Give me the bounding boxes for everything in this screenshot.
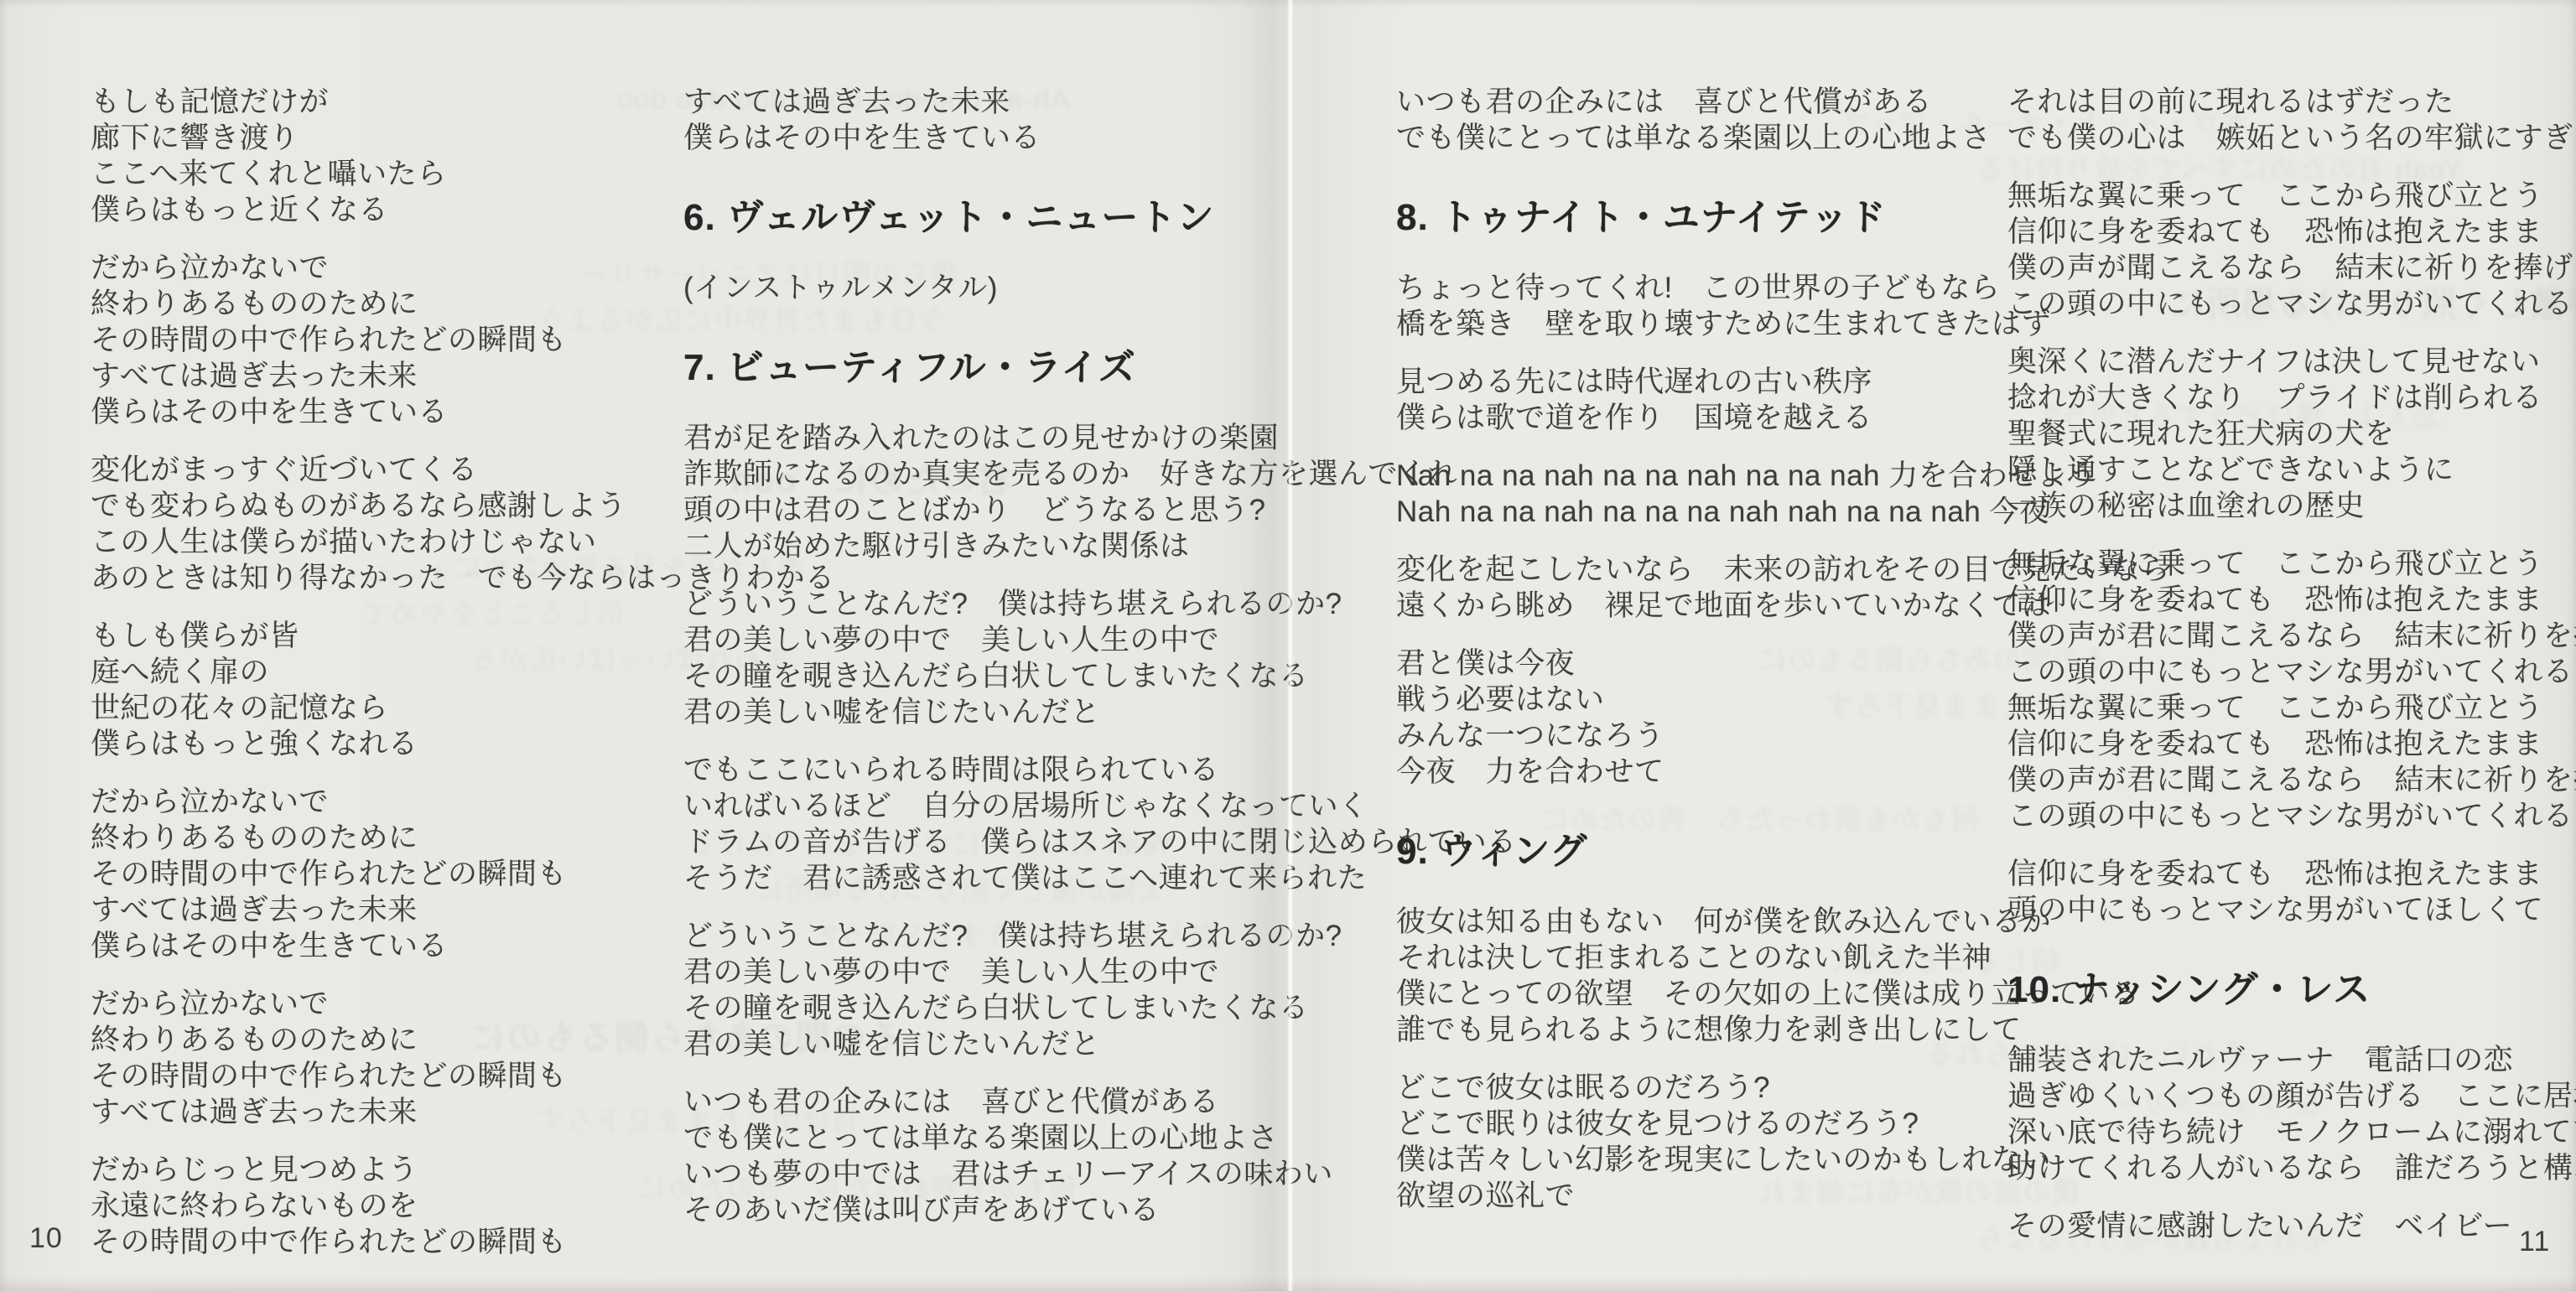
- stanza: 奥深くに潜んだナイフは決して見せない捻れが大きくなり プライドは削られる聖餐式に…: [2007, 344, 2564, 524]
- lyric-line: その時間の中で作られたどの瞬間も: [91, 322, 634, 358]
- booklet-spread: Ah-ah doo-doo doop doo-doo doo僕らの明日はアニバー…: [0, 0, 2576, 1291]
- lyric-line: 世紀の花々の記憶なら: [91, 690, 634, 726]
- stanza: 無垢な翼に乗って ここから飛び立とう信仰に身を委ねても 恐怖は抱えたまま僕の声が…: [2007, 178, 2564, 322]
- stanza: すべては過ぎ去った未来僕らはその中を生きている: [683, 84, 1262, 156]
- lyric-line: 捻れが大きくなり プライドは削られる: [2007, 380, 2564, 416]
- lyric-line: Nah na na nah na na nah na na nah 力を合わせよ…: [1396, 458, 1975, 494]
- lyric-line: それは決して拒まれることのない飢えた半神: [1396, 940, 1975, 976]
- lyric-line: みんな一つになろう: [1396, 718, 1975, 754]
- lyric-line: 信仰に身を委ねても 恐怖は抱えたまま: [2007, 582, 2564, 618]
- lyric-line: だからじっと見つめよう: [91, 1152, 634, 1188]
- page-number-right: 11: [2519, 1226, 2550, 1258]
- lyric-line: でも僕の心は 嫉妬という名の牢獄にすぎない: [2007, 120, 2564, 156]
- lyric-line: 変化を起こしたいなら 未来の訪れをその目で見たいなら: [1396, 552, 1975, 588]
- lyric-line: 戦う必要はない: [1396, 682, 1975, 718]
- lyric-line: 舗装されたニルヴァーナ 電話口の恋: [2007, 1042, 2564, 1078]
- lyric-line: 見つめる先には時代遅れの古い秩序: [1396, 364, 1975, 400]
- lyric-line: 聖餐式に現れた狂犬病の犬を: [2007, 416, 2564, 452]
- lyric-line: その時間の中で作られたどの瞬間も: [91, 1058, 634, 1094]
- lyric-line: いればいるほど 自分の居場所じゃなくなっていく: [683, 788, 1262, 824]
- lyric-line: 変化がまっすぐ近づいてくる: [91, 452, 634, 488]
- lyric-line: ドラムの音が告げる 僕らはスネアの中に閉じ込められている: [683, 824, 1262, 860]
- lyric-line: 君が足を踏み入れたのはこの見せかけの楽園: [683, 420, 1262, 456]
- stanza: 信仰に身を委ねても 恐怖は抱えたまま頭の中にもっとマシな男がいてほしくて: [2007, 856, 2564, 928]
- lyric-line: 君の美しい嘘を信じたいんだと: [683, 694, 1262, 730]
- lyrics-column-4: それは目の前に現れるはずだったでも僕の心は 嫉妬という名の牢獄にすぎない無垢な翼…: [2007, 84, 2564, 1266]
- stanza: だから泣かないで終わりあるもののためにその時間の中で作られたどの瞬間もすべては過…: [91, 986, 634, 1130]
- stanza: 君と僕は今夜戦う必要はないみんな一つになろう今夜 力を合わせて: [1396, 645, 1975, 790]
- lyric-line: 隠し通すことなどできないように: [2007, 452, 2564, 488]
- lyric-line: 二人が始めた駆け引きみたいな関係は: [683, 528, 1262, 564]
- stanza: 舗装されたニルヴァーナ 電話口の恋過ぎゆくいくつもの顔が告げる ここに居場所はな…: [2007, 1042, 2564, 1186]
- lyrics-column-2: すべては過ぎ去った未来僕らはその中を生きている6. ヴェルヴェット・ニュートン(…: [683, 84, 1262, 1250]
- lyric-line: その瞳を覗き込んだら白状してしまいたくなる: [683, 990, 1262, 1026]
- stanza: いつも君の企みには 喜びと代償があるでも僕にとっては単なる楽園以上の心地よさいつ…: [683, 1084, 1262, 1228]
- lyric-line: 無垢な翼に乗って ここから飛び立とう: [2007, 546, 2564, 582]
- lyric-line: そうだ 君に誘惑されて僕はここへ連れて来られた: [683, 860, 1262, 896]
- lyric-line: 一族の秘密は血塗れの歴史: [2007, 488, 2564, 524]
- lyric-line: 助けてくれる人がいるなら 誰だろうと構わない: [2007, 1150, 2564, 1186]
- lyric-line: 詐欺師になるのか真実を売るのか 好きな方を選んでくれ: [683, 456, 1262, 492]
- lyric-line: この人生は僕らが描いたわけじゃない: [91, 524, 634, 560]
- lyric-line: でも僕にとっては単なる楽園以上の心地よさ: [1396, 120, 1975, 156]
- lyrics-column-3: いつも君の企みには 喜びと代償があるでも僕にとっては単なる楽園以上の心地よさ8.…: [1396, 84, 1975, 1236]
- lyric-line: だから泣かないで: [91, 250, 634, 286]
- lyric-line: 誰でも見られるように想像力を剥き出しにして: [1396, 1012, 1975, 1048]
- lyric-line: 過ぎゆくいくつもの顔が告げる ここに居場所はないと: [2007, 1078, 2564, 1114]
- stanza: 変化がまっすぐ近づいてくるでも変わらぬものがあるなら感謝しようこの人生は僕らが描…: [91, 452, 634, 596]
- lyric-line: すべては過ぎ去った未来: [683, 84, 1262, 120]
- lyric-line: 深い底で待ち続け モノクロームに溺れている: [2007, 1114, 2564, 1150]
- lyric-line: 今夜 力を合わせて: [1396, 754, 1975, 790]
- lyric-line: 君の美しい夢の中で 美しい人生の中で: [683, 954, 1262, 990]
- lyric-line: 廊下に響き渡り: [91, 120, 634, 156]
- lyric-line: 君の美しい夢の中で 美しい人生の中で: [683, 622, 1262, 658]
- stanza: ちょっと待ってくれ! この世界の子どもなら橋を築き 壁を取り壊すために生まれてき…: [1396, 270, 1975, 342]
- lyric-line: 信仰に身を委ねても 恐怖は抱えたまま: [2007, 726, 2564, 762]
- lyric-line: 僕らはその中を生きている: [91, 394, 634, 430]
- lyric-line: 欲望の巡礼で: [1396, 1178, 1975, 1214]
- lyric-line: 終わりあるもののために: [91, 820, 634, 856]
- track-title: 10. ナッシング・レス: [2007, 967, 2564, 1014]
- lyric-line: 僕らは歌で道を作り 国境を越える: [1396, 400, 1975, 436]
- lyric-line: 信仰に身を委ねても 恐怖は抱えたまま: [2007, 856, 2564, 892]
- lyric-line: いつも夢の中では 君はチェリーアイスの味わい: [683, 1156, 1262, 1192]
- stanza: 変化を起こしたいなら 未来の訪れをその目で見たいなら遠くから眺め 裸足で地面を歩…: [1396, 552, 1975, 624]
- lyric-line: その時間の中で作られたどの瞬間も: [91, 1224, 634, 1260]
- lyric-line: でも変わらぬものがあるなら感謝しよう: [91, 488, 634, 524]
- stanza: その愛情に感謝したいんだ ベイビー: [2007, 1208, 2564, 1244]
- lyric-line: 頭の中は君のことばかり どうなると思う?: [683, 492, 1262, 528]
- stanza: だから泣かないで終わりあるもののためにその時間の中で作られたどの瞬間もすべては過…: [91, 250, 634, 430]
- lyric-line: どういうことなんだ? 僕は持ち堪えられるのか?: [683, 586, 1262, 622]
- lyric-line: 遠くから眺め 裸足で地面を歩いていかなくては: [1396, 588, 1975, 624]
- lyric-line: 僕は苦々しい幻影を現実にしたいのかもしれない: [1396, 1142, 1975, 1178]
- stanza: もしも僕らが皆庭へ続く扉の世紀の花々の記憶なら僕らはもっと強くなれる: [91, 618, 634, 762]
- lyric-line: 僕の声が君に聞こえるなら 結末に祈りを捧げるよ: [2007, 618, 2564, 654]
- lyric-line: 無垢な翼に乗って ここから飛び立とう: [2007, 690, 2564, 726]
- lyric-line: それは目の前に現れるはずだった: [2007, 84, 2564, 120]
- stanza: (インストゥルメンタル): [683, 270, 1262, 306]
- lyric-line: すべては過ぎ去った未来: [91, 358, 634, 394]
- stanza: もしも記憶だけが廊下に響き渡りここへ来てくれと囁いたら僕らはもっと近くなる: [91, 84, 634, 228]
- lyric-line: いつも君の企みには 喜びと代償がある: [683, 1084, 1262, 1120]
- stanza: いつも君の企みには 喜びと代償があるでも僕にとっては単なる楽園以上の心地よさ: [1396, 84, 1975, 156]
- track-title: 6. ヴェルヴェット・ニュートン: [683, 194, 1262, 241]
- track-title: 8. トゥナイト・ユナイテッド: [1396, 194, 1975, 241]
- lyric-line: その時間の中で作られたどの瞬間も: [91, 856, 634, 892]
- lyric-line: ここへ来てくれと囁いたら: [91, 156, 634, 192]
- stanza: 君が足を踏み入れたのはこの見せかけの楽園詐欺師になるのか真実を売るのか 好きな方…: [683, 420, 1262, 564]
- lyric-line: どういうことなんだ? 僕は持ち堪えられるのか?: [683, 918, 1262, 954]
- lyric-line: ちょっと待ってくれ! この世界の子どもなら: [1396, 270, 1975, 306]
- lyric-line: 終わりあるもののために: [91, 286, 634, 322]
- lyric-line: その瞳を覗き込んだら白状してしまいたくなる: [683, 658, 1262, 694]
- lyric-line: この頭の中にもっとマシな男がいてくれるように: [2007, 286, 2564, 322]
- stanza: でもここにいられる時間は限られているいればいるほど 自分の居場所じゃなくなってい…: [683, 752, 1262, 896]
- page-10: Ah-ah doo-doo doop doo-doo doo僕らの明日はアニバー…: [0, 0, 1288, 1291]
- lyric-line: 君の美しい嘘を信じたいんだと: [683, 1026, 1262, 1062]
- lyric-line: そのあいだ僕は叫び声をあげている: [683, 1192, 1262, 1228]
- page-11: ギヴ・イット・オール・アップYeah 君のためにすべてを放り投げる太陽が激しく照…: [1288, 0, 2576, 1291]
- lyric-line: 僕の声が聞こえるなら 結末に祈りを捧げるよ: [2007, 250, 2564, 286]
- lyric-line: この頭の中にもっとマシな男がいてくれるように: [2007, 798, 2564, 834]
- lyric-line: 彼女は知る由もない 何が僕を飲み込んでいるか: [1396, 904, 1975, 940]
- stanza: だからじっと見つめよう永遠に終わらないものをその時間の中で作られたどの瞬間も: [91, 1152, 634, 1260]
- lyric-line: いつも君の企みには 喜びと代償がある: [1396, 84, 1975, 120]
- lyric-line: 僕らはもっと強くなれる: [91, 726, 634, 762]
- lyric-line: 僕らはもっと近くなる: [91, 192, 634, 228]
- lyric-line: 君と僕は今夜: [1396, 645, 1975, 682]
- lyric-line: 僕らはその中を生きている: [91, 928, 634, 964]
- lyric-line: 庭へ続く扉の: [91, 654, 634, 690]
- lyric-line: その愛情に感謝したいんだ ベイビー: [2007, 1208, 2564, 1244]
- lyric-line: すべては過ぎ去った未来: [91, 1094, 634, 1130]
- track-title: 7. ビューティフル・ライズ: [683, 345, 1262, 391]
- lyric-line: でも僕にとっては単なる楽園以上の心地よさ: [683, 1120, 1262, 1156]
- stanza: だから泣かないで終わりあるもののためにその時間の中で作られたどの瞬間もすべては過…: [91, 784, 634, 964]
- lyric-line: だから泣かないで: [91, 784, 634, 820]
- lyric-line: どこで彼女は眠るのだろう?: [1396, 1070, 1975, 1106]
- stanza: 無垢な翼に乗って ここから飛び立とう信仰に身を委ねても 恐怖は抱えたまま僕の声が…: [2007, 546, 2564, 834]
- lyric-line: 僕の声が君に聞こえるなら 結末に祈りを捧げるよ: [2007, 762, 2564, 798]
- stanza: 見つめる先には時代遅れの古い秩序僕らは歌で道を作り 国境を越える: [1396, 364, 1975, 436]
- page-number-left: 10: [29, 1222, 63, 1255]
- lyric-line: あのときは知り得なかった でも今ならはっきりわかる: [91, 560, 634, 596]
- track-title: 9. ウィング: [1396, 828, 1975, 875]
- stanza: 彼女は知る由もない 何が僕を飲み込んでいるかそれは決して拒まれることのない飢えた…: [1396, 904, 1975, 1048]
- lyric-line: でもここにいられる時間は限られている: [683, 752, 1262, 788]
- lyric-line: どこで眠りは彼女を見つけるのだろう?: [1396, 1106, 1975, 1142]
- lyric-line: 無垢な翼に乗って ここから飛び立とう: [2007, 178, 2564, 214]
- stanza: どこで彼女は眠るのだろう?どこで眠りは彼女を見つけるのだろう?僕は苦々しい幻影を…: [1396, 1070, 1975, 1214]
- lyric-line: すべては過ぎ去った未来: [91, 892, 634, 928]
- lyric-line: 僕にとっての欲望 その欠如の上に僕は成り立っている: [1396, 976, 1975, 1012]
- lyric-line: 橋を築き 壁を取り壊すために生まれてきたはず: [1396, 306, 1975, 342]
- lyric-line: 終わりあるもののために: [91, 1022, 634, 1058]
- lyric-line: この頭の中にもっとマシな男がいてくれるように: [2007, 654, 2564, 690]
- lyric-line: もしも僕らが皆: [91, 618, 634, 654]
- lyric-line: 奥深くに潜んだナイフは決して見せない: [2007, 344, 2564, 380]
- lyric-line: もしも記憶だけが: [91, 84, 634, 120]
- stanza: どういうことなんだ? 僕は持ち堪えられるのか?君の美しい夢の中で 美しい人生の中…: [683, 918, 1262, 1062]
- stanza: それは目の前に現れるはずだったでも僕の心は 嫉妬という名の牢獄にすぎない: [2007, 84, 2564, 156]
- lyric-line: 僕らはその中を生きている: [683, 120, 1262, 156]
- lyric-line: (インストゥルメンタル): [683, 270, 1262, 306]
- lyric-line: 永遠に終わらないものを: [91, 1188, 634, 1224]
- lyrics-column-1: もしも記憶だけが廊下に響き渡りここへ来てくれと囁いたら僕らはもっと近くなるだから…: [91, 84, 634, 1282]
- lyric-line: だから泣かないで: [91, 986, 634, 1022]
- stanza: どういうことなんだ? 僕は持ち堪えられるのか?君の美しい夢の中で 美しい人生の中…: [683, 586, 1262, 730]
- lyric-line: Nah na na nah na na na nah nah na na nah…: [1396, 494, 1975, 530]
- lyric-line: 信仰に身を委ねても 恐怖は抱えたまま: [2007, 214, 2564, 250]
- lyric-line: 頭の中にもっとマシな男がいてほしくて: [2007, 892, 2564, 928]
- stanza: Nah na na nah na na nah na na nah 力を合わせよ…: [1396, 458, 1975, 530]
